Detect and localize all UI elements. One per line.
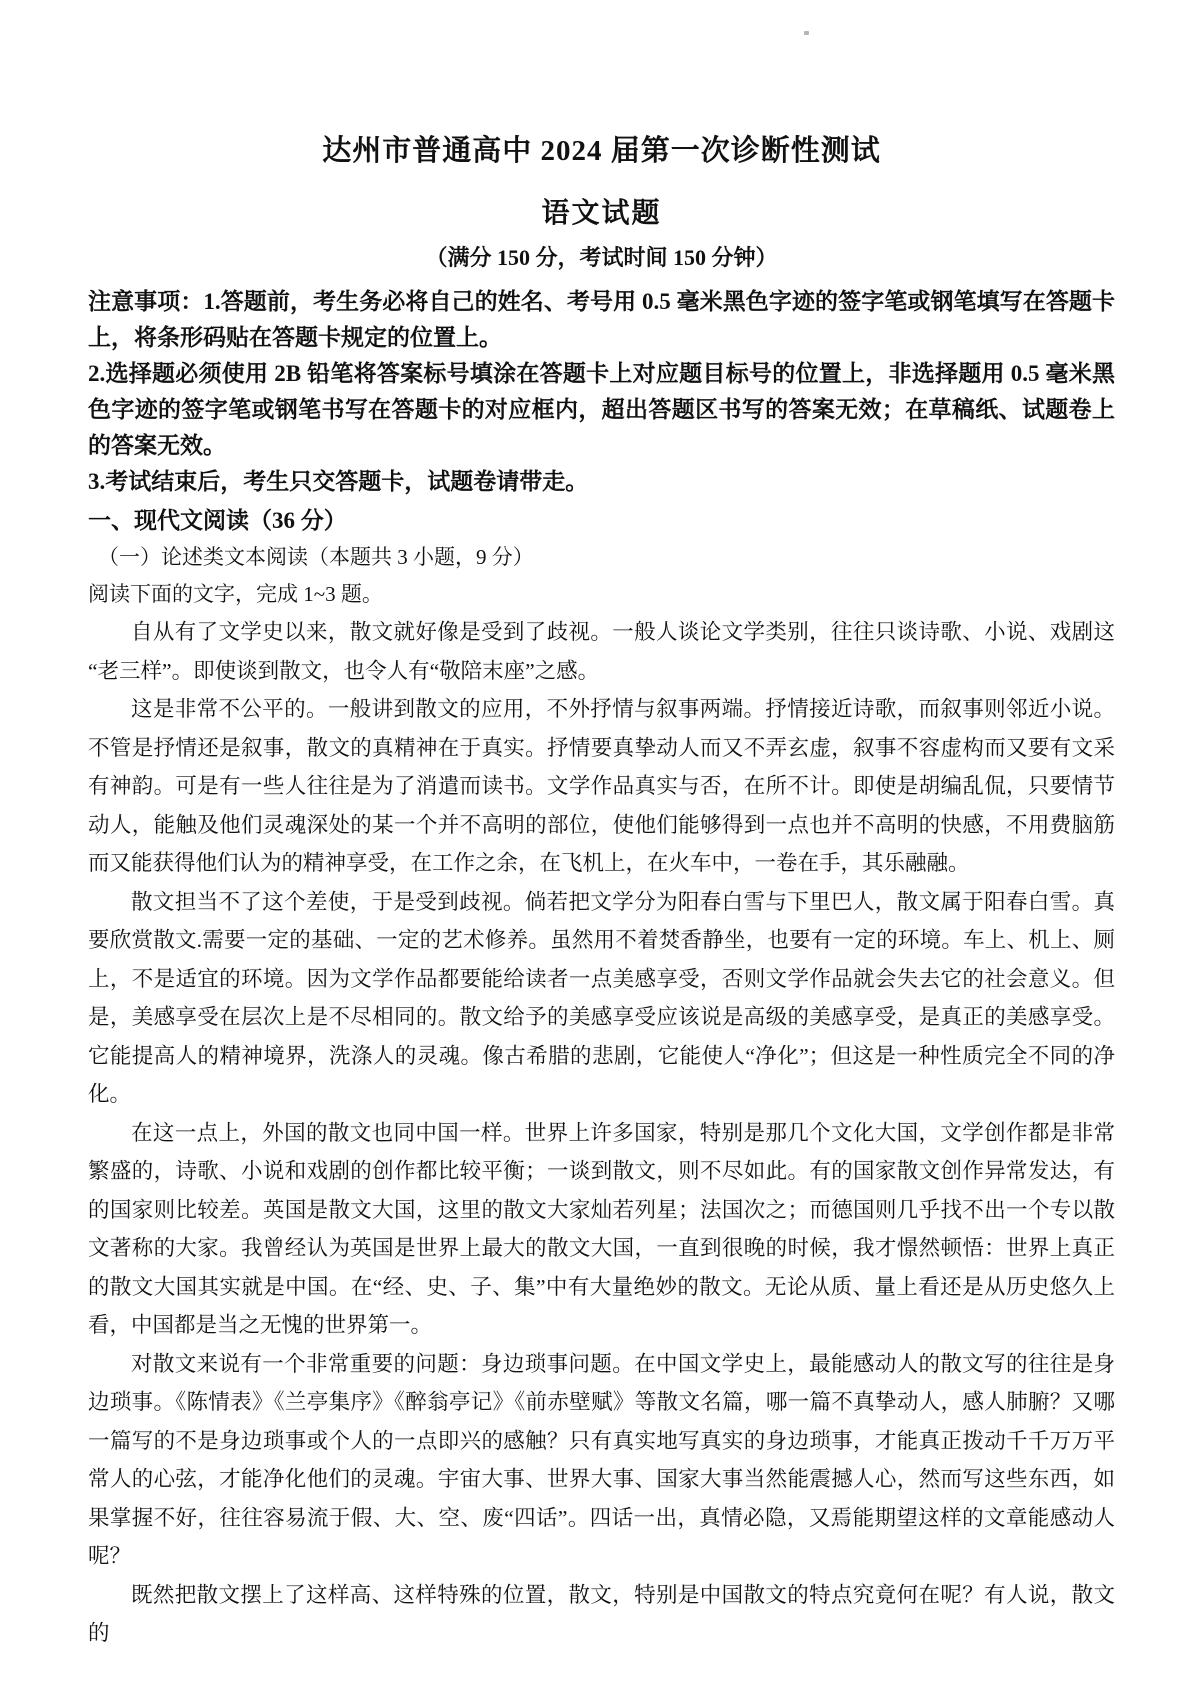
reading-instruction: 阅读下面的文字，完成 1~3 题。 [88,576,1115,613]
exam-paper-page: 达州市普通高中 2024 届第一次诊断性测试 语文试题 （满分 150 分，考试… [0,0,1200,1698]
notice-item-2: 2.选择题必须使用 2B 铅笔将答案标号填涂在答题卡上对应题目标号的位置上，非选… [88,356,1115,464]
passage-paragraph-3: 散文担当不了这个差使，于是受到歧视。倘若把文学分为阳春白雪与下里巴人，散文属于阳… [88,883,1115,1114]
passage-paragraph-2: 这是非常不公平的。一般讲到散文的应用，不外抒情与叙事两端。抒情接近诗歌，而叙事则… [88,690,1115,883]
passage-paragraph-1: 自从有了文学史以来，散文就好像是受到了歧视。一般人谈论文学类别，往往只谈诗歌、小… [88,613,1115,690]
passage-paragraph-5: 对散文来说有一个非常重要的问题：身边琐事问题。在中国文学史上，最能感动人的散文写… [88,1345,1115,1576]
exam-info-line: （满分 150 分，考试时间 150 分钟） [88,241,1115,272]
passage-paragraph-4: 在这一点上，外国的散文也同中国一样。世界上许多国家，特别是那几个文化大国，文学创… [88,1114,1115,1345]
notice-item-3: 3.考试结束后，考生只交答题卡，试题卷请带走。 [88,464,1115,500]
passage-paragraph-6: 既然把散文摆上了这样高、这样特殊的位置，散文，特别是中国散文的特点究竟何在呢？有… [88,1576,1115,1653]
scan-artifact-speck [804,31,809,35]
subsection-one-heading: （一）论述类文本阅读（本题共 3 小题，9 分） [88,539,1115,576]
notice-section: 注意事项：1.答题前，考生务必将自己的姓名、考号用 0.5 毫米黑色字迹的签字笔… [88,284,1115,500]
exam-subject-title: 语文试题 [88,191,1115,231]
section-one-heading: 一、现代文阅读（36 分） [88,502,1115,539]
exam-title: 达州市普通高中 2024 届第一次诊断性测试 [88,128,1115,169]
reading-passage: 自从有了文学史以来，散文就好像是受到了歧视。一般人谈论文学类别，往往只谈诗歌、小… [88,613,1115,1653]
notice-item-1: 注意事项：1.答题前，考生务必将自己的姓名、考号用 0.5 毫米黑色字迹的签字笔… [88,284,1115,356]
